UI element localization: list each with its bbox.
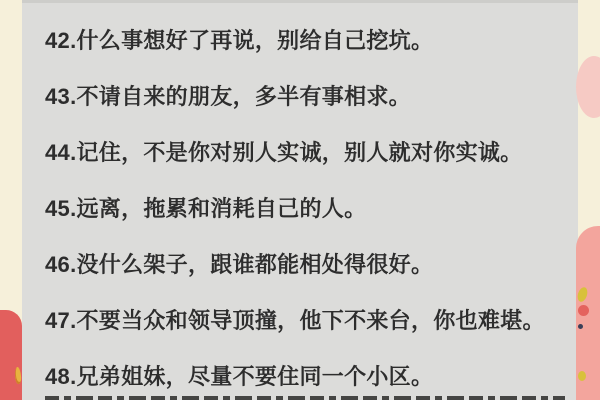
quote-item-44: 44.记住，不是你对别人实诚，别人就对你实诚。 (45, 123, 575, 179)
quote-item-48: 48.兄弟姐妹，尽量不要住同一个小区。 (45, 347, 575, 400)
quote-item-47: 47.不要当众和领导顶撞，他下不来台，你也难堪。 (45, 291, 575, 347)
decor-red-dot-right (578, 305, 589, 316)
decor-dark-dot-right (578, 324, 583, 329)
quote-card: 42.什么事想好了再说，别给自己挖坑。 43.不请自来的朋友，多半有事相求。 4… (22, 0, 578, 400)
decor-yellow-dot-right (578, 371, 586, 381)
page-background: { "quotes": { "items": [ { "text": "42.什… (0, 0, 600, 400)
decor-coral-blob (0, 310, 22, 400)
quote-list: 42.什么事想好了再说，别给自己挖坑。 43.不请自来的朋友，多半有事相求。 4… (45, 11, 575, 400)
quote-item-42: 42.什么事想好了再说，别给自己挖坑。 (45, 11, 575, 67)
next-line-cutoff (45, 396, 565, 400)
card-top-edge (22, 0, 578, 3)
decor-light-pink-blob (576, 56, 600, 118)
quote-item-45: 45.远离，拖累和消耗自己的人。 (45, 179, 575, 235)
quote-item-46: 46.没什么架子，跟谁都能相处得很好。 (45, 235, 575, 291)
quote-item-43: 43.不请自来的朋友，多半有事相求。 (45, 67, 575, 123)
